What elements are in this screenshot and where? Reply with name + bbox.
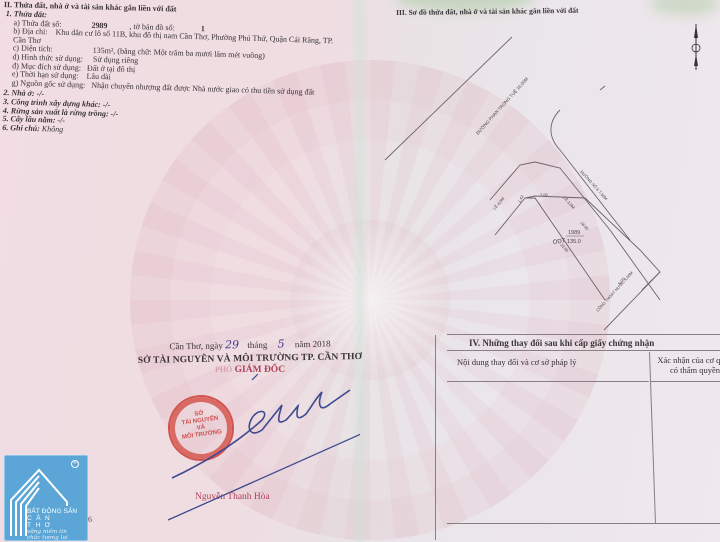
dimension-label: 1.42 <box>517 194 526 204</box>
column-header-line: có thẩm quyền <box>650 365 720 375</box>
column-header-confirmation: Xác nhận của cơ quan có thẩm quyền <box>650 352 720 382</box>
sidewalk-label: LỀ 4,0M <box>492 196 505 211</box>
logo-brand-line2: CẦN THƠ <box>27 515 87 529</box>
changes-title: IV. Những thay đổi sau khi cấp giấy chứn… <box>447 335 720 351</box>
logo-text: BẤT ĐỘNG SẢN CẦN THƠ vững niềm tin chắc … <box>27 508 87 541</box>
registered-mark: ® <box>71 460 79 468</box>
column-header-line: Xác nhận của cơ quan <box>650 355 720 365</box>
signer-name: Nguyễn Thanh Hòa <box>195 492 270 502</box>
page-number: 6 <box>88 515 92 524</box>
parcel-number: 1989 <box>568 230 580 236</box>
column-header-content: Nội dung thay đổi và cơ sở pháp lý <box>447 352 649 382</box>
table-border <box>447 523 720 524</box>
street-label: CỐNG THOÁT NƯỚC 4,00M <box>595 270 634 312</box>
logo-slogan: chắc tương lai <box>27 535 87 541</box>
street-label: ĐƯỜNG PHAN TRỌNG TUỆ 16,00M <box>474 75 530 136</box>
table-border <box>435 335 436 540</box>
watermark-logo: ® BẤT ĐỘNG SẢN CẦN THƠ vững niềm tin chắ… <box>4 455 88 541</box>
parcel-map: ĐƯỜNG PHAN TRỌNG TUỆ 16,00M ĐƯỜNG SỐ 6 7… <box>360 0 720 340</box>
changes-table: IV. Những thay đổi sau khi cấp giấy chứn… <box>447 334 720 540</box>
logo-brand-line1: BẤT ĐỘNG SẢN <box>27 508 87 515</box>
street-label: ĐƯỜNG SỐ 6 7,50M <box>579 169 608 201</box>
dimension-label: 18.00 <box>579 220 590 231</box>
dimension-label: 7.00 <box>540 192 549 197</box>
parcel-area: 135.0 <box>567 239 581 245</box>
